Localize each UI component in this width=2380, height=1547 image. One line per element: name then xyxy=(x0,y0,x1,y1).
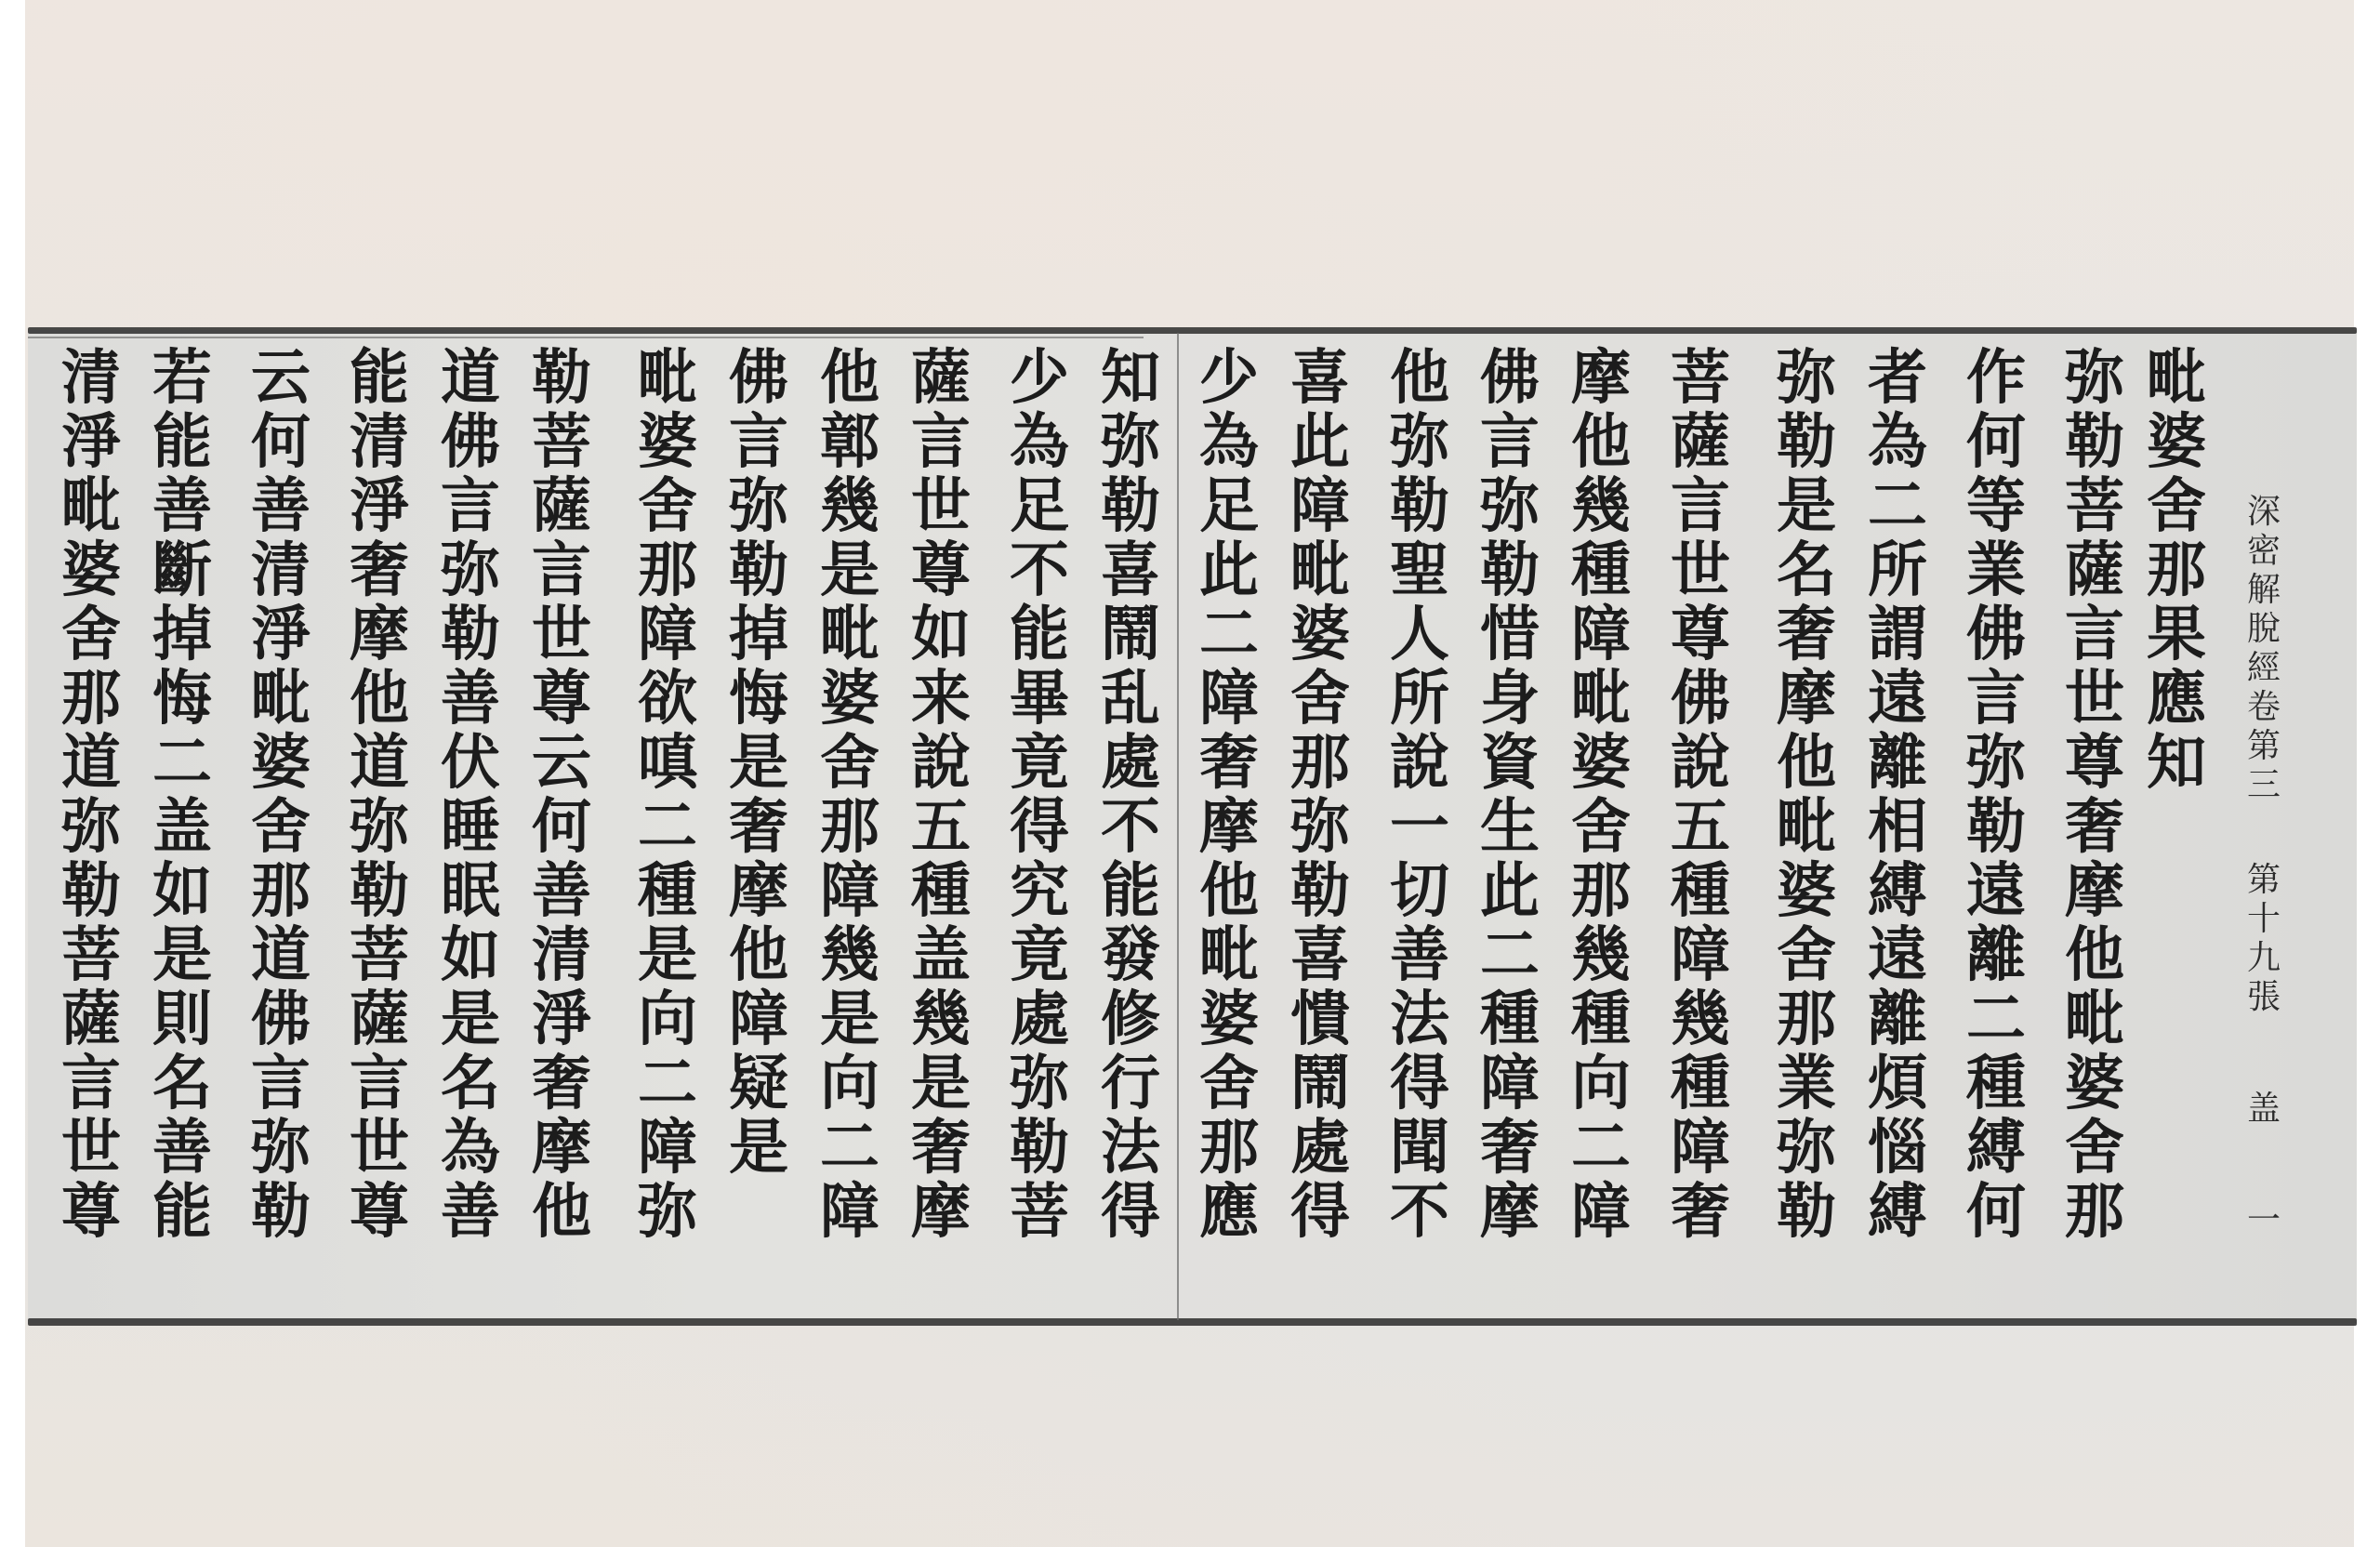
glyph: 得 xyxy=(1378,1051,1461,1116)
glyph: 薩 xyxy=(1659,410,1742,474)
glyph: 知 xyxy=(2135,731,2218,795)
glyph: 那 xyxy=(2135,538,2218,602)
glyph: 毗 xyxy=(2135,346,2218,410)
glyph: 向 xyxy=(808,1051,892,1116)
glyph: 佛 xyxy=(1659,667,1742,731)
glyph: 勒 xyxy=(337,859,421,923)
glyph: 二 xyxy=(140,731,224,795)
glyph: 此 xyxy=(1468,859,1552,923)
glyph: 言 xyxy=(1468,410,1552,474)
glyph: 竟 xyxy=(998,731,1081,795)
glyph: 弥 xyxy=(49,795,133,859)
glyph: 業 xyxy=(1954,538,2038,602)
glyph: 弥 xyxy=(1954,731,2038,795)
glyph: 盖 xyxy=(899,923,983,987)
glyph: 處 xyxy=(998,987,1081,1051)
glyph: 勒 xyxy=(2053,410,2136,474)
glyph: 奢 xyxy=(1187,731,1271,795)
glyph: 喜 xyxy=(1278,346,1362,410)
glyph: 弥 xyxy=(1089,410,1172,474)
glyph: 他 xyxy=(520,1180,603,1244)
glyph: 喜 xyxy=(1278,923,1362,987)
glyph: 二 xyxy=(1187,602,1271,667)
glyph: 云 xyxy=(520,731,603,795)
title-column: 毗婆舍那果應知 xyxy=(2135,346,2218,795)
sutra-volume-label: 深密解脫經卷第三 xyxy=(2236,493,2292,805)
glyph: 幾 xyxy=(1559,474,1643,538)
glyph: 菩 xyxy=(1659,346,1742,410)
glyph: 那 xyxy=(626,538,709,602)
glyph: 掉 xyxy=(717,602,800,667)
glyph: 究 xyxy=(998,859,1081,923)
glyph: 是 xyxy=(140,923,224,987)
glyph: 得 xyxy=(998,795,1081,859)
glyph: 修 xyxy=(1089,987,1172,1051)
glyph: 摩 xyxy=(1468,1180,1552,1244)
margin-glyph: 三 xyxy=(2236,766,2292,805)
glyph: 佛 xyxy=(1468,346,1552,410)
glyph: 人 xyxy=(1378,602,1461,667)
text-column: 薩言世尊如来說五種盖幾是奢摩 xyxy=(899,346,983,1244)
glyph: 說 xyxy=(1378,731,1461,795)
glyph: 尊 xyxy=(337,1180,421,1244)
glyph: 毗 xyxy=(2053,987,2136,1051)
glyph: 奢 xyxy=(2053,795,2136,859)
text-column: 毗婆舍那障欲嗔二種是向二障弥 xyxy=(626,346,709,1244)
glyph: 他 xyxy=(2053,923,2136,987)
glyph: 勒 xyxy=(1378,474,1461,538)
glyph: 幾 xyxy=(1559,923,1643,987)
glyph: 謂 xyxy=(1856,602,1939,667)
glyph: 處 xyxy=(1278,1116,1362,1180)
glyph: 奢 xyxy=(1468,1116,1552,1180)
glyph: 縛 xyxy=(1856,859,1939,923)
glyph: 是 xyxy=(899,1051,983,1116)
glyph: 掉 xyxy=(140,602,224,667)
glyph: 二 xyxy=(626,1051,709,1116)
glyph: 發 xyxy=(1089,923,1172,987)
glyph: 能 xyxy=(998,602,1081,667)
glyph: 舍 xyxy=(49,602,133,667)
text-column: 摩他幾種障毗婆舍那幾種向二障 xyxy=(1559,346,1643,1244)
glyph: 障 xyxy=(1659,923,1742,987)
glyph: 斷 xyxy=(140,538,224,602)
glyph: 聖 xyxy=(1378,538,1461,602)
glyph: 勒 xyxy=(429,602,512,667)
glyph: 薩 xyxy=(337,987,421,1051)
glyph: 憒 xyxy=(1278,987,1362,1051)
glyph: 言 xyxy=(429,474,512,538)
glyph: 種 xyxy=(1468,987,1552,1051)
glyph: 舍 xyxy=(239,795,323,859)
glyph: 為 xyxy=(998,410,1081,474)
glyph: 他 xyxy=(717,923,800,987)
glyph: 毗 xyxy=(1278,538,1362,602)
glyph: 惜 xyxy=(1468,602,1552,667)
glyph: 婆 xyxy=(808,667,892,731)
glyph: 得 xyxy=(1089,1180,1172,1244)
glyph: 尊 xyxy=(520,667,603,731)
glyph: 善 xyxy=(429,667,512,731)
glyph: 種 xyxy=(899,859,983,923)
glyph: 毗 xyxy=(1765,795,1848,859)
glyph: 一 xyxy=(1378,795,1461,859)
margin-glyph: 第 xyxy=(2236,861,2292,900)
glyph: 言 xyxy=(49,1051,133,1116)
glyph: 奢 xyxy=(717,795,800,859)
glyph: 乱 xyxy=(1089,667,1172,731)
text-column: 者為二所謂遠離相縛遠離煩惱縛 xyxy=(1856,346,1939,1244)
glyph: 婆 xyxy=(49,538,133,602)
margin-notation: 深密解脫經卷第三 第十九張 盖 一 xyxy=(2236,493,2292,1240)
glyph: 那 xyxy=(49,667,133,731)
top-border-rule xyxy=(28,327,2357,334)
glyph: 名 xyxy=(1765,538,1848,602)
glyph: 應 xyxy=(2135,667,2218,731)
glyph: 如 xyxy=(429,923,512,987)
glyph: 鬧 xyxy=(1089,602,1172,667)
glyph: 若 xyxy=(140,346,224,410)
glyph: 勒 xyxy=(1765,410,1848,474)
glyph: 離 xyxy=(1954,923,2038,987)
glyph: 眠 xyxy=(429,859,512,923)
glyph: 尊 xyxy=(2053,731,2136,795)
glyph: 婆 xyxy=(1187,987,1271,1051)
page-number-label: 第十九張 xyxy=(2236,861,2292,1017)
glyph: 離 xyxy=(1856,987,1939,1051)
glyph: 惱 xyxy=(1856,1116,1939,1180)
text-column: 佛言弥勒掉悔是奢摩他障疑是 xyxy=(717,346,800,1180)
glyph: 佛 xyxy=(1954,602,2038,667)
margin-glyph: 卷 xyxy=(2236,688,2292,727)
glyph: 障 xyxy=(626,602,709,667)
glyph: 所 xyxy=(1378,667,1461,731)
glyph: 障 xyxy=(808,1180,892,1244)
glyph: 果 xyxy=(2135,602,2218,667)
glyph: 善 xyxy=(520,859,603,923)
glyph: 悔 xyxy=(717,667,800,731)
glyph: 毗 xyxy=(49,474,133,538)
glyph: 聞 xyxy=(1378,1116,1461,1180)
glyph: 何 xyxy=(239,410,323,474)
glyph: 勒 xyxy=(1765,1180,1848,1244)
glyph: 二 xyxy=(1856,474,1939,538)
glyph: 清 xyxy=(49,346,133,410)
glyph: 處 xyxy=(1089,731,1172,795)
glyph: 来 xyxy=(899,667,983,731)
top-border-inner-rule xyxy=(28,337,1144,338)
glyph: 摩 xyxy=(899,1180,983,1244)
glyph: 摩 xyxy=(1559,346,1643,410)
glyph: 弥 xyxy=(239,1116,323,1180)
glyph: 毗 xyxy=(239,667,323,731)
glyph: 種 xyxy=(1559,538,1643,602)
glyph: 摩 xyxy=(1765,667,1848,731)
glyph: 能 xyxy=(140,410,224,474)
glyph: 他 xyxy=(1765,731,1848,795)
glyph: 障 xyxy=(1278,474,1362,538)
glyph: 竟 xyxy=(998,923,1081,987)
glyph: 何 xyxy=(1954,1180,2038,1244)
text-column: 若能善斷掉悔二盖如是則名善能 xyxy=(140,346,224,1244)
glyph: 離 xyxy=(1856,731,1939,795)
glyph: 淨 xyxy=(520,987,603,1051)
glyph: 向 xyxy=(1559,1051,1643,1116)
glyph: 障 xyxy=(717,987,800,1051)
glyph: 他 xyxy=(1559,410,1643,474)
margin-glyph: 十 xyxy=(2236,900,2292,939)
glyph: 他 xyxy=(337,667,421,731)
glyph: 少 xyxy=(998,346,1081,410)
glyph: 薩 xyxy=(49,987,133,1051)
glyph: 欲 xyxy=(626,667,709,731)
glyph: 毗 xyxy=(1559,667,1643,731)
glyph: 言 xyxy=(337,1051,421,1116)
margin-glyph: 九 xyxy=(2236,939,2292,978)
glyph: 向 xyxy=(626,987,709,1051)
glyph: 弥 xyxy=(1378,410,1461,474)
glyph: 言 xyxy=(899,410,983,474)
glyph: 生 xyxy=(1468,795,1552,859)
glyph: 舍 xyxy=(808,731,892,795)
glyph: 不 xyxy=(1378,1180,1461,1244)
glyph: 是 xyxy=(429,987,512,1051)
glyph: 善 xyxy=(239,474,323,538)
glyph: 弥 xyxy=(429,538,512,602)
glyph: 身 xyxy=(1468,667,1552,731)
glyph: 是 xyxy=(808,987,892,1051)
glyph: 弥 xyxy=(1765,346,1848,410)
text-column: 弥勒是名奢摩他毗婆舍那業弥勒 xyxy=(1765,346,1848,1244)
glyph: 何 xyxy=(1954,410,2038,474)
glyph: 五 xyxy=(899,795,983,859)
text-column: 勒菩薩言世尊云何善清淨奢摩他 xyxy=(520,346,603,1244)
text-column: 喜此障毗婆舍那弥勒喜憒鬧處得 xyxy=(1278,346,1362,1244)
glyph: 種 xyxy=(1954,1051,2038,1116)
glyph: 種 xyxy=(1659,1051,1742,1116)
text-column: 他鄣幾是毗婆舍那障幾是向二障 xyxy=(808,346,892,1244)
glyph: 障 xyxy=(1187,667,1271,731)
glyph: 世 xyxy=(337,1116,421,1180)
glyph: 舍 xyxy=(1187,1051,1271,1116)
glyph: 菩 xyxy=(998,1180,1081,1244)
glyph: 言 xyxy=(717,410,800,474)
margin-glyph: 解 xyxy=(2236,571,2292,610)
glyph: 尊 xyxy=(899,538,983,602)
glyph: 婆 xyxy=(1559,731,1643,795)
glyph: 所 xyxy=(1856,538,1939,602)
glyph: 道 xyxy=(337,731,421,795)
glyph: 足 xyxy=(1187,474,1271,538)
glyph: 世 xyxy=(520,602,603,667)
glyph: 縛 xyxy=(1954,1116,2038,1180)
glyph: 佛 xyxy=(717,346,800,410)
glyph: 菩 xyxy=(520,410,603,474)
glyph: 弥 xyxy=(1278,795,1362,859)
glyph: 尊 xyxy=(1659,602,1742,667)
glyph: 相 xyxy=(1856,795,1939,859)
margin-glyph: 盖 xyxy=(2236,1090,2292,1129)
glyph: 婆 xyxy=(2053,1051,2136,1116)
glyph: 是 xyxy=(808,538,892,602)
glyph: 盖 xyxy=(140,795,224,859)
glyph: 得 xyxy=(1278,1180,1362,1244)
glyph: 障 xyxy=(808,859,892,923)
glyph: 舍 xyxy=(2053,1116,2136,1180)
glyph: 疑 xyxy=(717,1051,800,1116)
glyph: 那 xyxy=(1765,987,1848,1051)
margin-glyph: 經 xyxy=(2236,649,2292,688)
glyph: 他 xyxy=(1187,859,1271,923)
glyph: 如 xyxy=(140,859,224,923)
glyph: 言 xyxy=(239,1051,323,1116)
glyph: 不 xyxy=(998,538,1081,602)
glyph: 為 xyxy=(1187,410,1271,474)
glyph: 遠 xyxy=(1856,667,1939,731)
margin-glyph: 第 xyxy=(2236,727,2292,766)
glyph: 善 xyxy=(140,474,224,538)
glyph: 是 xyxy=(1765,474,1848,538)
glyph: 毗 xyxy=(626,346,709,410)
glyph: 菩 xyxy=(2053,474,2136,538)
glyph: 清 xyxy=(337,410,421,474)
glyph: 善 xyxy=(429,1180,512,1244)
glyph: 世 xyxy=(49,1116,133,1180)
glyph: 遠 xyxy=(1856,923,1939,987)
glyph: 障 xyxy=(1559,602,1643,667)
glyph: 勒 xyxy=(1278,859,1362,923)
glyph: 不 xyxy=(1089,795,1172,859)
glyph: 善 xyxy=(1378,923,1461,987)
glyph: 言 xyxy=(1954,667,2038,731)
glyph: 名 xyxy=(429,1051,512,1116)
block-number-label: 一 xyxy=(2236,1201,2292,1240)
glyph: 舍 xyxy=(1278,667,1362,731)
glyph: 足 xyxy=(998,474,1081,538)
glyph: 他 xyxy=(1378,346,1461,410)
glyph: 佛 xyxy=(239,987,323,1051)
glyph: 為 xyxy=(429,1116,512,1180)
glyph: 資 xyxy=(1468,731,1552,795)
glyph: 那 xyxy=(1278,731,1362,795)
glyph: 淨 xyxy=(337,474,421,538)
glyph: 切 xyxy=(1378,859,1461,923)
glyph: 舍 xyxy=(1559,795,1643,859)
margin-glyph: 深 xyxy=(2236,493,2292,532)
glyph: 云 xyxy=(239,346,323,410)
text-column: 他弥勒聖人所說一切善法得聞不 xyxy=(1378,346,1461,1244)
text-column: 菩薩言世尊佛說五種障幾種障奢 xyxy=(1659,346,1742,1244)
glyph: 婆 xyxy=(1278,602,1362,667)
glyph: 障 xyxy=(626,1116,709,1180)
glyph: 舍 xyxy=(2135,474,2218,538)
glyph: 那 xyxy=(239,859,323,923)
glyph: 是 xyxy=(717,731,800,795)
glyph: 則 xyxy=(140,987,224,1051)
glyph: 道 xyxy=(49,731,133,795)
glyph: 幾 xyxy=(808,474,892,538)
glyph: 少 xyxy=(1187,346,1271,410)
glyph: 弥 xyxy=(337,795,421,859)
margin-glyph: 密 xyxy=(2236,532,2292,571)
glyph: 法 xyxy=(1378,987,1461,1051)
glyph: 名 xyxy=(140,1051,224,1116)
glyph: 他 xyxy=(808,346,892,410)
glyph: 是 xyxy=(626,923,709,987)
glyph: 善 xyxy=(140,1116,224,1180)
glyph: 此 xyxy=(1187,538,1271,602)
text-column: 能清淨奢摩他道弥勒菩薩言世尊 xyxy=(337,346,421,1244)
text-column: 作何等業佛言弥勒遠離二種縛何 xyxy=(1954,346,2038,1244)
glyph: 能 xyxy=(1089,859,1172,923)
glyph: 喜 xyxy=(1089,538,1172,602)
glyph: 婆 xyxy=(1765,859,1848,923)
glyph: 勒 xyxy=(49,859,133,923)
glyph: 能 xyxy=(337,346,421,410)
text-column: 知弥勒喜鬧乱處不能發修行法得 xyxy=(1089,346,1172,1244)
margin-glyph: 張 xyxy=(2236,978,2292,1017)
bottom-border-rule xyxy=(28,1318,2357,1326)
glyph: 知 xyxy=(1089,346,1172,410)
glyph: 言 xyxy=(1659,474,1742,538)
glyph: 煩 xyxy=(1856,1051,1939,1116)
glyph: 毗 xyxy=(808,602,892,667)
glyph: 者 xyxy=(1856,346,1939,410)
glyph: 薩 xyxy=(520,474,603,538)
glyph: 摩 xyxy=(520,1116,603,1180)
glyph: 二 xyxy=(1954,987,2038,1051)
glyph: 幾 xyxy=(899,987,983,1051)
glyph: 薩 xyxy=(899,346,983,410)
glyph: 悔 xyxy=(140,667,224,731)
glyph: 薩 xyxy=(2053,538,2136,602)
glyph: 摩 xyxy=(1187,795,1271,859)
glyph: 婆 xyxy=(626,410,709,474)
glyph: 是 xyxy=(717,1116,800,1180)
glyph: 那 xyxy=(1559,859,1643,923)
margin-mark: 盖 xyxy=(2236,1090,2292,1129)
glyph: 說 xyxy=(1659,731,1742,795)
glyph: 種 xyxy=(626,859,709,923)
glyph: 種 xyxy=(1659,859,1742,923)
text-column: 清淨毗婆舍那道弥勒菩薩言世尊 xyxy=(49,346,133,1244)
glyph: 那 xyxy=(808,795,892,859)
glyph: 障 xyxy=(1468,1051,1552,1116)
margin-glyph: 脫 xyxy=(2236,610,2292,649)
glyph: 能 xyxy=(140,1180,224,1244)
glyph: 清 xyxy=(520,923,603,987)
glyph: 障 xyxy=(1559,1180,1643,1244)
glyph: 菩 xyxy=(49,923,133,987)
glyph: 舍 xyxy=(1765,923,1848,987)
glyph: 幾 xyxy=(808,923,892,987)
glyph: 佛 xyxy=(429,410,512,474)
margin-glyph: 一 xyxy=(2236,1201,2292,1240)
glyph: 摩 xyxy=(337,602,421,667)
glyph: 那 xyxy=(2053,1180,2136,1244)
glyph: 淨 xyxy=(239,602,323,667)
glyph: 行 xyxy=(1089,1051,1172,1116)
glyph: 作 xyxy=(1954,346,2038,410)
glyph: 尊 xyxy=(49,1180,133,1244)
glyph: 二 xyxy=(808,1116,892,1180)
glyph: 鬧 xyxy=(1278,1051,1362,1116)
glyph: 二 xyxy=(626,795,709,859)
glyph: 勒 xyxy=(1089,474,1172,538)
glyph: 弥 xyxy=(717,474,800,538)
glyph: 奢 xyxy=(520,1051,603,1116)
glyph: 弥 xyxy=(1468,474,1552,538)
